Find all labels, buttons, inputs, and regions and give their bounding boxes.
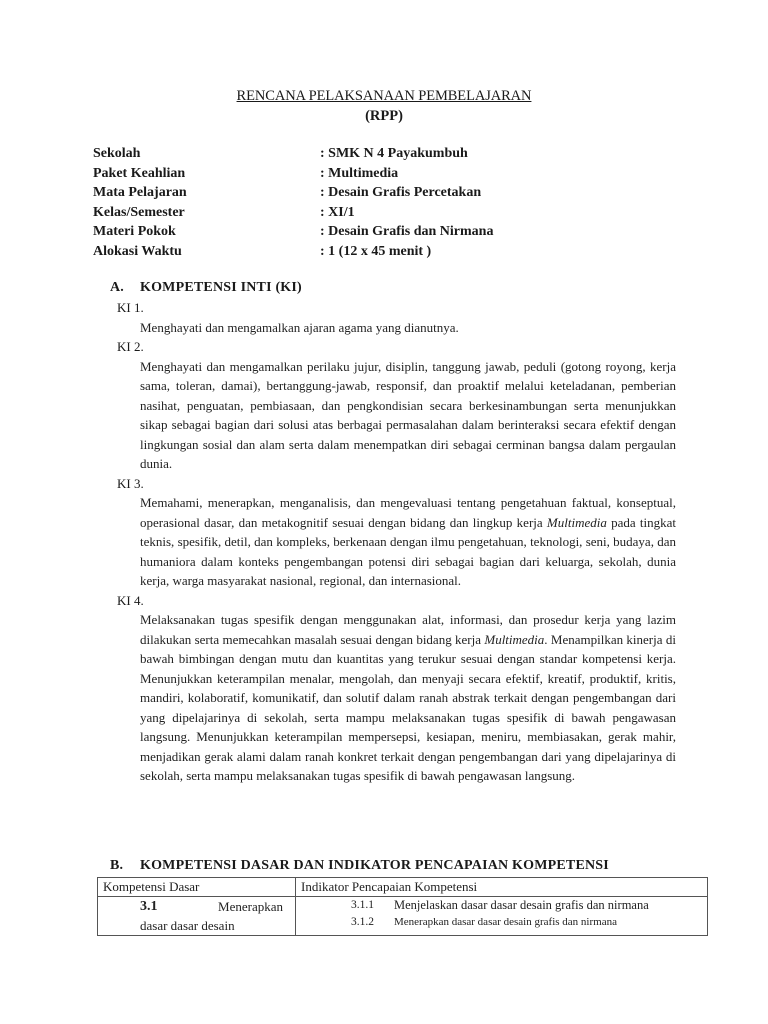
identity-label: Materi Pokok (93, 222, 176, 242)
identity-row-subject: Mata Pelajaran : Desain Grafis Percetaka… (93, 183, 693, 203)
document-page: RENCANA PELAKSANAAN PEMBELAJARAN (RPP) S… (0, 0, 768, 1024)
indicator-number: 3.1.2 (296, 914, 394, 931)
identity-row-program: Paket Keahlian : Multimedia (93, 164, 693, 184)
ki-3-text: Memahami, menerapkan, menganalisis, dan … (140, 493, 676, 591)
document-subtitle: (RPP) (0, 106, 768, 126)
identity-value: : Desain Grafis dan Nirmana (320, 222, 493, 242)
table-header-row: Kompetensi Dasar Indikator Pencapaian Ko… (98, 878, 708, 897)
ki-4-text-italic: Multimedia (484, 632, 544, 647)
ki-2-text: Menghayati dan mengamalkan perilaku juju… (140, 357, 676, 474)
identity-row-time: Alokasi Waktu : 1 (12 x 45 menit ) (93, 242, 693, 262)
ki-list: KI 1. Menghayati dan mengamalkan ajaran … (117, 298, 677, 786)
identity-row-topic: Materi Pokok : Desain Grafis dan Nirmana (93, 222, 693, 242)
indicator-item: 3.1.1 Menjelaskan dasar dasar desain gra… (296, 897, 707, 914)
section-letter: B. (110, 856, 140, 876)
identity-value: : XI/1 (320, 203, 355, 223)
section-letter: A. (110, 278, 140, 298)
column-header-indicator: Indikator Pencapaian Kompetensi (296, 878, 708, 897)
identity-row-school: Sekolah : SMK N 4 Payakumbuh (93, 144, 693, 164)
competency-table: Kompetensi Dasar Indikator Pencapaian Ko… (97, 877, 708, 936)
ki-4-label: KI 4. (117, 591, 677, 611)
identity-label: Mata Pelajaran (93, 183, 187, 203)
document-title: RENCANA PELAKSANAAN PEMBELAJARAN (0, 86, 768, 106)
section-a-heading: A.KOMPETENSI INTI (KI) (110, 278, 302, 298)
ki-4-text: Melaksanakan tugas spesifik dengan mengg… (140, 610, 676, 786)
section-b-heading: B.KOMPETENSI DASAR DAN INDIKATOR PENCAPA… (110, 856, 609, 876)
ki-3-label: KI 3. (117, 474, 677, 494)
section-title: KOMPETENSI DASAR DAN INDIKATOR PENCAPAIA… (140, 858, 609, 873)
section-title: KOMPETENSI INTI (KI) (140, 280, 302, 295)
ki-4-text-part: . Menampilkan kinerja di bawah bimbingan… (140, 632, 676, 784)
identity-value: : 1 (12 x 45 menit ) (320, 242, 431, 262)
identity-label: Sekolah (93, 144, 140, 164)
identity-value: : SMK N 4 Payakumbuh (320, 144, 468, 164)
identity-label: Kelas/Semester (93, 203, 185, 223)
column-header-kd: Kompetensi Dasar (98, 878, 296, 897)
indicator-text: Menjelaskan dasar dasar desain grafis da… (394, 897, 649, 914)
identity-value: : Desain Grafis Percetakan (320, 183, 481, 203)
kd-word: Menerapkan (218, 897, 283, 916)
kd-number: 3.1 (140, 897, 158, 916)
identity-row-class: Kelas/Semester : XI/1 (93, 203, 693, 223)
table-row: 3.1 Menerapkan dasar dasar desain 3.1.1 … (98, 897, 708, 936)
identity-value: : Multimedia (320, 164, 398, 184)
identity-label: Paket Keahlian (93, 164, 185, 184)
indicator-cell: 3.1.1 Menjelaskan dasar dasar desain gra… (296, 897, 708, 936)
indicator-item: 3.1.2 Menerapkan dasar dasar desain graf… (296, 914, 707, 931)
kd-cell: 3.1 Menerapkan dasar dasar desain (98, 897, 296, 936)
indicator-text: Menerapkan dasar dasar desain grafis dan… (394, 914, 617, 931)
identity-block: Sekolah : SMK N 4 Payakumbuh Paket Keahl… (93, 144, 693, 261)
ki-2-label: KI 2. (117, 337, 677, 357)
ki-1-label: KI 1. (117, 298, 677, 318)
identity-label: Alokasi Waktu (93, 242, 182, 262)
ki-3-text-italic: Multimedia (547, 515, 607, 530)
indicator-number: 3.1.1 (296, 897, 394, 914)
kd-line: dasar dasar desain (98, 916, 295, 935)
kd-line: 3.1 Menerapkan (98, 897, 295, 916)
ki-1-text: Menghayati dan mengamalkan ajaran agama … (140, 318, 676, 338)
